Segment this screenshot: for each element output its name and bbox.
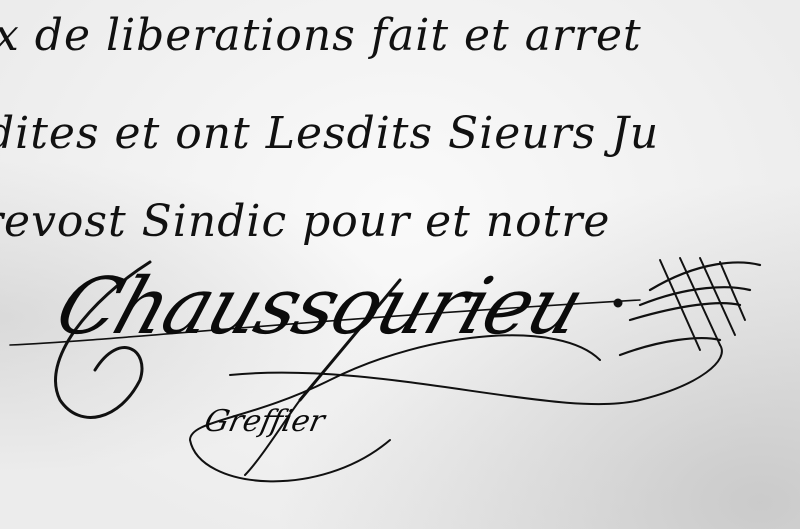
signature-name: Chaussourieu <box>45 262 593 352</box>
signature-title: Greffier <box>201 404 327 439</box>
